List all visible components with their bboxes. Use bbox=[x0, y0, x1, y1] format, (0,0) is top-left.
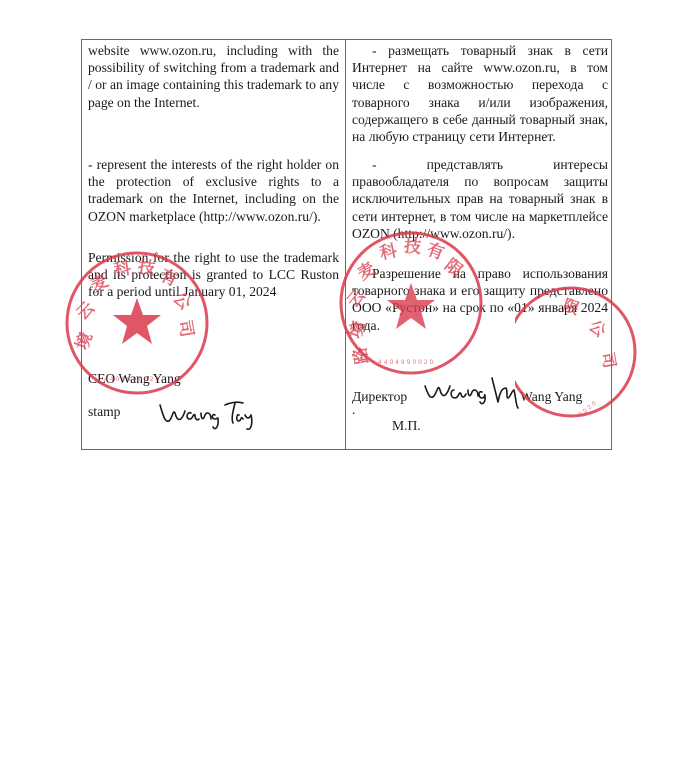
english-paragraph-represent-interests: - represent the interests of the right h… bbox=[88, 156, 339, 225]
russian-column: - размещать товарный знак в сети Интерне… bbox=[352, 40, 608, 449]
russian-signatory-title: Директор bbox=[352, 389, 407, 405]
english-paragraph-permission: Permission for the right to use the trad… bbox=[88, 249, 339, 301]
russian-dot: . bbox=[352, 402, 355, 418]
russian-paragraph-permission: Разрешение на право использования товарн… bbox=[352, 265, 608, 334]
russian-paragraph-represent-interests: - представлять интересы правообладателя … bbox=[352, 156, 608, 242]
english-paragraph-website-rights: website www.ozon.ru, including with the … bbox=[88, 42, 339, 111]
russian-stamp-label: М.П. bbox=[392, 418, 421, 434]
english-stamp-label: stamp bbox=[88, 404, 120, 420]
bilingual-document-table: website www.ozon.ru, including with the … bbox=[81, 39, 612, 450]
column-divider bbox=[345, 40, 346, 449]
russian-signatory-name: Wang Yang bbox=[520, 389, 582, 405]
english-signatory-title: CEO Wang Yang bbox=[88, 371, 181, 387]
english-column: website www.ozon.ru, including with the … bbox=[88, 40, 339, 449]
russian-paragraph-website-rights: - размещать товарный знак в сети Интерне… bbox=[352, 42, 608, 145]
